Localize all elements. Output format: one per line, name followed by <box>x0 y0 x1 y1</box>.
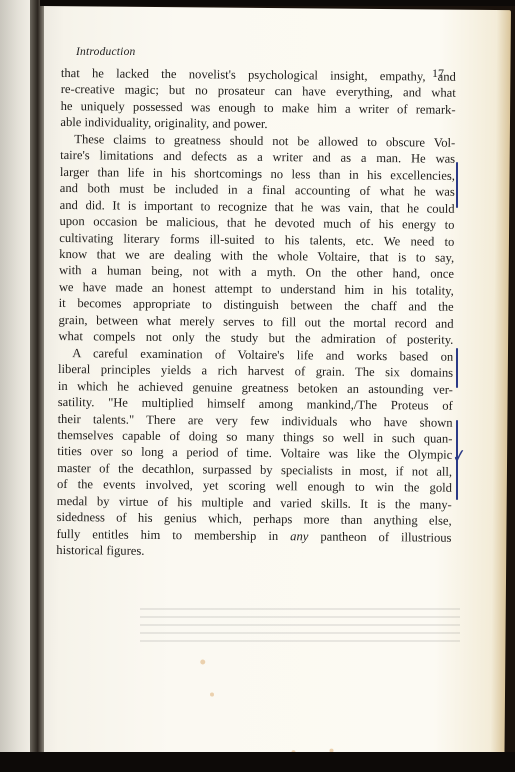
book-gutter <box>30 0 44 760</box>
margin-bracket-mark <box>456 348 458 388</box>
running-head: Introduction <box>76 46 135 58</box>
body-text: that he lacked the novelist's psychologi… <box>56 65 456 562</box>
foxing-spot <box>200 659 205 664</box>
foxing-spot <box>210 693 214 697</box>
page-top-shadow <box>40 0 515 6</box>
check-mark-icon: ✓ <box>451 445 469 468</box>
show-through-text <box>140 608 460 648</box>
margin-bracket-mark <box>456 162 458 208</box>
page-bottom-shadow <box>0 752 515 772</box>
